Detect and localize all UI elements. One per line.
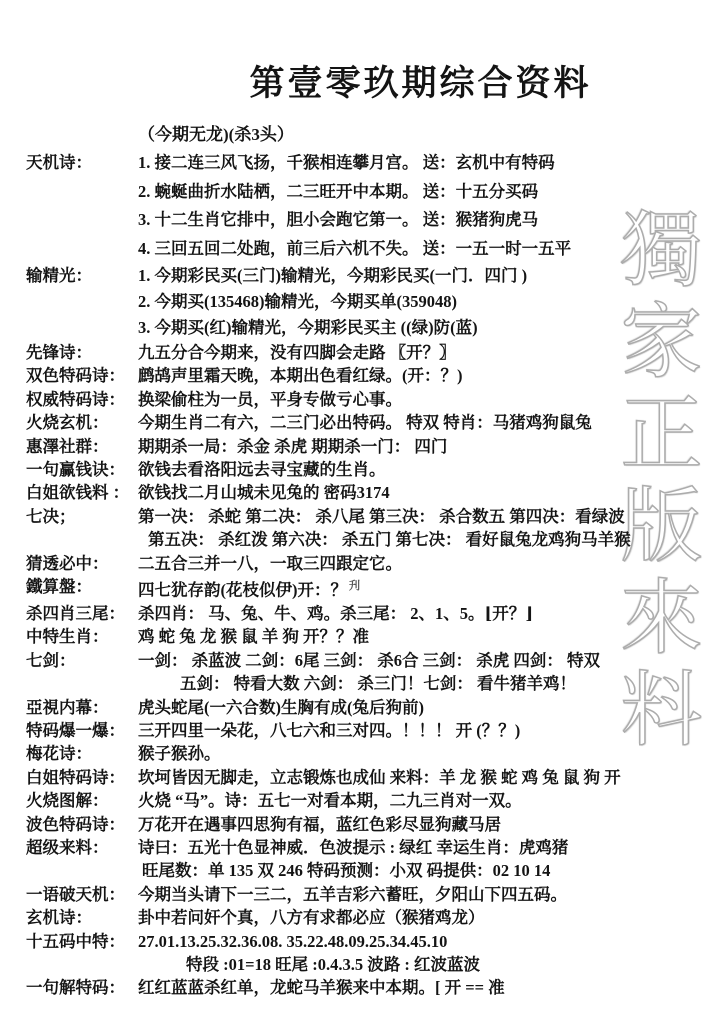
section-line: 4. 三回五回二处跑，前三后六机不失。 送：一五一时一五平: [138, 235, 717, 264]
section-line: 五剑： 特看大数 六剑： 杀三门！七剑： 看牛猪羊鸡！: [138, 672, 717, 695]
page-title: 第壹零玖期综合资料: [0, 56, 723, 106]
section-line: 换梁偷柱为一员，平身专做亏心事。: [138, 388, 717, 411]
section-row: 亞視内幕：虎头蛇尾(一六合数)生胸有成(兔后狗前): [26, 696, 717, 719]
section-line: 3. 今期买(红)输精光，今期彩民买主 ((绿)防(蓝): [138, 315, 717, 341]
section-line: 鸡 蛇 兔 龙 猴 鼠 羊 狗 开？？准: [138, 625, 717, 648]
section-label: 双色特码诗：: [26, 364, 138, 387]
section-line: 今期生肖二有六，二三门必出特码。 特双 特肖：马猪鸡狗鼠兔: [138, 411, 717, 434]
section-label: 惠澤社群：: [26, 435, 138, 458]
section-body: 鸡 蛇 兔 龙 猴 鼠 羊 狗 开？？准: [138, 625, 717, 648]
section-row: 特码爆一爆：三开四里一朵花，八七六和三对四。！！！ 开 (？？): [26, 719, 717, 742]
section-label: 七剑：: [26, 649, 138, 672]
section-label: 权威特码诗：: [26, 388, 138, 411]
section-label: 特码爆一爆：: [26, 719, 138, 742]
section-row: 超级来料：诗曰：五光十色显神威．色波提示 : 绿红 幸运生肖：虎鸡猪旺尾数：单 …: [26, 836, 717, 883]
section-label: 中特生肖：: [26, 625, 138, 648]
section-label: 玄机诗：: [26, 906, 138, 929]
section-row: 输精光：1. 今期彩民买(三门)输精光，今期彩民买(一门．四门 )2. 今期买(…: [26, 263, 717, 341]
section-line: 四七犹存韵(花枝似伊)开：？刋: [138, 575, 717, 602]
section-label: 白姐欲钱料 ：: [26, 481, 138, 504]
section-label: 输精光：: [26, 263, 138, 289]
section-body: 诗曰：五光十色显神威．色波提示 : 绿红 幸运生肖：虎鸡猪旺尾数：单 135 双…: [138, 836, 717, 883]
section-label: 火烧图解：: [26, 789, 138, 812]
section-row: 白姐欲钱料 ：欲钱找二月山城未见兔的 密码3174: [26, 481, 717, 504]
section-row: 天机诗：1. 接二连三风飞扬，千猴相连攀月宫。 送：玄机中有特码2. 蜿蜒曲折水…: [26, 149, 717, 263]
section-body: 卦中若问奸个真，八方有求都必应（猴猪鸡龙）: [138, 906, 717, 929]
section-line: 期期杀一局：杀金 杀虎 期期杀一门： 四门: [138, 435, 717, 458]
section-body: 换梁偷柱为一员，平身专做亏心事。: [138, 388, 717, 411]
section-line: 第五决： 杀红泼 第六决： 杀五门 第七决： 看好鼠兔龙鸡狗马羊猴: [138, 528, 717, 551]
section-row: 猜透必中：二五合三并一八，一取三四跟定它。: [26, 552, 717, 575]
section-label: 梅花诗：: [26, 742, 138, 765]
section-row: 七剑：一剑： 杀蓝波 二剑：6尾 三剑： 杀6合 三剑： 杀虎 四剑： 特双五剑…: [26, 649, 717, 696]
section-line: 诗曰：五光十色显神威．色波提示 : 绿红 幸运生肖：虎鸡猪: [138, 836, 717, 859]
section-line: 特段 :01=18 旺尾 :0.4.3.5 波路 : 红波蓝波: [138, 953, 717, 976]
section-row: 一句赢钱诀：欲钱去看洛阳远去寻宝藏的生肖。: [26, 458, 717, 481]
section-line: 万花开在遇事四思狗有福，蓝红色彩尽显狗藏马居: [138, 813, 717, 836]
section-label: 火烧玄机：: [26, 411, 138, 434]
section-line: 红红蓝蓝杀红单，龙蛇马羊猴来中本期。[ 开 == 准: [138, 976, 717, 999]
section-line: 一剑： 杀蓝波 二剑：6尾 三剑： 杀6合 三剑： 杀虎 四剑： 特双: [138, 649, 717, 672]
section-label: 一句解特码：: [26, 976, 138, 999]
section-row: 火烧图解：火烧 “马”。诗：五七一对看本期，二九三肖对一双。: [26, 789, 717, 812]
section-line: 第一决： 杀蛇 第二决： 杀八尾 第三决： 杀合数五 第四决：看绿波: [138, 505, 717, 528]
section-row: 中特生肖：鸡 蛇 兔 龙 猴 鼠 羊 狗 开？？准: [26, 625, 717, 648]
section-label: 猜透必中：: [26, 552, 138, 575]
section-body: 火烧 “马”。诗：五七一对看本期，二九三肖对一双。: [138, 789, 717, 812]
section-row: 十五码中特：27.01.13.25.32.36.08. 35.22.48.09.…: [26, 930, 717, 977]
section-row: 权威特码诗：换梁偷柱为一员，平身专做亏心事。: [26, 388, 717, 411]
section-label: 波色特码诗：: [26, 813, 138, 836]
section-label: 白姐特码诗：: [26, 766, 138, 789]
section-label: 超级来料：: [26, 836, 138, 859]
section-body: 欲钱找二月山城未见兔的 密码3174: [138, 481, 717, 504]
section-label: 鐵算盤：: [26, 575, 138, 598]
section-row: 惠澤社群：期期杀一局：杀金 杀虎 期期杀一门： 四门: [26, 435, 717, 458]
tip-sheet-page: 獨家正版來料 第壹零玖期综合资料 （今期无龙)(杀3头） 天机诗：1. 接二连三…: [0, 0, 723, 1024]
section-body: 27.01.13.25.32.36.08. 35.22.48.09.25.34.…: [138, 930, 717, 977]
section-label: 一句赢钱诀：: [26, 458, 138, 481]
section-row: 白姐特码诗：坎坷皆因无脚走，立志锻炼也成仙 来料：羊 龙 猴 蛇 鸡 兔 鼠 狗…: [26, 766, 717, 789]
section-label: 七决；: [26, 505, 138, 528]
section-row: 一句解特码：红红蓝蓝杀红单，龙蛇马羊猴来中本期。[ 开 == 准: [26, 976, 717, 999]
section-body: 万花开在遇事四思狗有福，蓝红色彩尽显狗藏马居: [138, 813, 717, 836]
section-line: 欲钱找二月山城未见兔的 密码3174: [138, 481, 717, 504]
section-label: 杀四肖三尾：: [26, 602, 138, 625]
section-line: 今期当头请下一三二，五羊吉彩六蓄旺，夕阳山下四五码。: [138, 883, 717, 906]
section-line: 杀四肖： 马、兔、牛、鸡。杀三尾： 2、1、5。⌊开？⌋: [138, 602, 717, 625]
section-body: 欲钱去看洛阳远去寻宝藏的生肖。: [138, 458, 717, 481]
section-body: 今期生肖二有六，二三门必出特码。 特双 特肖：马猪鸡狗鼠兔: [138, 411, 717, 434]
section-line: 坎坷皆因无脚走，立志锻炼也成仙 来料：羊 龙 猴 蛇 鸡 兔 鼠 狗 开: [138, 766, 717, 789]
section-line: 旺尾数：单 135 双 246 特码预测：小双 码提供：02 10 14: [138, 859, 717, 882]
section-body: 期期杀一局：杀金 杀虎 期期杀一门： 四门: [138, 435, 717, 458]
section-body: 红红蓝蓝杀红单，龙蛇马羊猴来中本期。[ 开 == 准: [138, 976, 717, 999]
section-body: 杀四肖： 马、兔、牛、鸡。杀三尾： 2、1、5。⌊开？⌋: [138, 602, 717, 625]
section-body: 四七犹存韵(花枝似伊)开：？刋: [138, 575, 717, 602]
section-body: 二五合三并一八，一取三四跟定它。: [138, 552, 717, 575]
section-line: 虎头蛇尾(一六合数)生胸有成(兔后狗前): [138, 696, 717, 719]
section-line: 鹧鸪声里霜天晚，本期出色看红绿。(开：？): [138, 364, 717, 387]
section-row: 双色特码诗：鹧鸪声里霜天晚，本期出色看红绿。(开：？): [26, 364, 717, 387]
section-row: 梅花诗：猴子猴孙。: [26, 742, 717, 765]
section-row: 七决；第一决： 杀蛇 第二决： 杀八尾 第三决： 杀合数五 第四决：看绿波第五决…: [26, 505, 717, 552]
section-body: 第一决： 杀蛇 第二决： 杀八尾 第三决： 杀合数五 第四决：看绿波第五决： 杀…: [138, 505, 717, 552]
section-label: 十五码中特：: [26, 930, 138, 953]
section-label: 亞視内幕：: [26, 696, 138, 719]
section-body: 虎头蛇尾(一六合数)生胸有成(兔后狗前): [138, 696, 717, 719]
section-row: 一语破天机：今期当头请下一三二，五羊吉彩六蓄旺，夕阳山下四五码。: [26, 883, 717, 906]
section-label: 天机诗：: [26, 149, 138, 178]
section-body: 1. 接二连三风飞扬，千猴相连攀月宫。 送：玄机中有特码2. 蜿蜒曲折水陆栖，二…: [138, 149, 717, 263]
section-row: 先锋诗：九五分合今期来，没有四脚会走路 〖开？〗: [26, 341, 717, 364]
section-line: 欲钱去看洛阳远去寻宝藏的生肖。: [138, 458, 717, 481]
section-row: 鐵算盤：四七犹存韵(花枝似伊)开：？刋: [26, 575, 717, 602]
section-line: 1. 接二连三风飞扬，千猴相连攀月宫。 送：玄机中有特码: [138, 149, 717, 178]
section-line: 3. 十二生肖它排中，胆小会跑它第一。 送：猴猪狗虎马: [138, 206, 717, 235]
section-body: 鹧鸪声里霜天晚，本期出色看红绿。(开：？): [138, 364, 717, 387]
section-line: 火烧 “马”。诗：五七一对看本期，二九三肖对一双。: [138, 789, 717, 812]
section-label: 一语破天机：: [26, 883, 138, 906]
section-line: 卦中若问奸个真，八方有求都必应（猴猪鸡龙）: [138, 906, 717, 929]
section-body: 一剑： 杀蓝波 二剑：6尾 三剑： 杀6合 三剑： 杀虎 四剑： 特双五剑： 特…: [138, 649, 717, 696]
section-line: 2. 今期买(135468)输精光，今期买单(359048): [138, 289, 717, 315]
section-row: 火烧玄机：今期生肖二有六，二三门必出特码。 特双 特肖：马猪鸡狗鼠兔: [26, 411, 717, 434]
section-line: 三开四里一朵花，八七六和三对四。！！！ 开 (？？): [138, 719, 717, 742]
section-row: 杀四肖三尾：杀四肖： 马、兔、牛、鸡。杀三尾： 2、1、5。⌊开？⌋: [26, 602, 717, 625]
section-body: 九五分合今期来，没有四脚会走路 〖开？〗: [138, 341, 717, 364]
section-line: 2. 蜿蜒曲折水陆栖，二三旺开中本期。 送：十五分买码: [138, 178, 717, 207]
section-body: 今期当头请下一三二，五羊吉彩六蓄旺，夕阳山下四五码。: [138, 883, 717, 906]
section-line: 九五分合今期来，没有四脚会走路 〖开？〗: [138, 341, 717, 364]
section-label: 先锋诗：: [26, 341, 138, 364]
section-body: 坎坷皆因无脚走，立志锻炼也成仙 来料：羊 龙 猴 蛇 鸡 兔 鼠 狗 开: [138, 766, 717, 789]
page-subtitle: （今期无龙)(杀3头）: [138, 120, 723, 145]
sections: 天机诗：1. 接二连三风飞扬，千猴相连攀月宫。 送：玄机中有特码2. 蜿蜒曲折水…: [26, 149, 717, 1000]
section-line: 27.01.13.25.32.36.08. 35.22.48.09.25.34.…: [138, 930, 717, 953]
section-row: 波色特码诗：万花开在遇事四思狗有福，蓝红色彩尽显狗藏马居: [26, 813, 717, 836]
section-line: 二五合三并一八，一取三四跟定它。: [138, 552, 717, 575]
section-body: 1. 今期彩民买(三门)输精光，今期彩民买(一门．四门 )2. 今期买(1354…: [138, 263, 717, 341]
section-body: 三开四里一朵花，八七六和三对四。！！！ 开 (？？): [138, 719, 717, 742]
section-row: 玄机诗：卦中若问奸个真，八方有求都必应（猴猪鸡龙）: [26, 906, 717, 929]
section-line: 猴子猴孙。: [138, 742, 717, 765]
section-line: 1. 今期彩民买(三门)输精光，今期彩民买(一门．四门 ): [138, 263, 717, 289]
section-body: 猴子猴孙。: [138, 742, 717, 765]
handwritten-mark: 刋: [349, 580, 360, 592]
